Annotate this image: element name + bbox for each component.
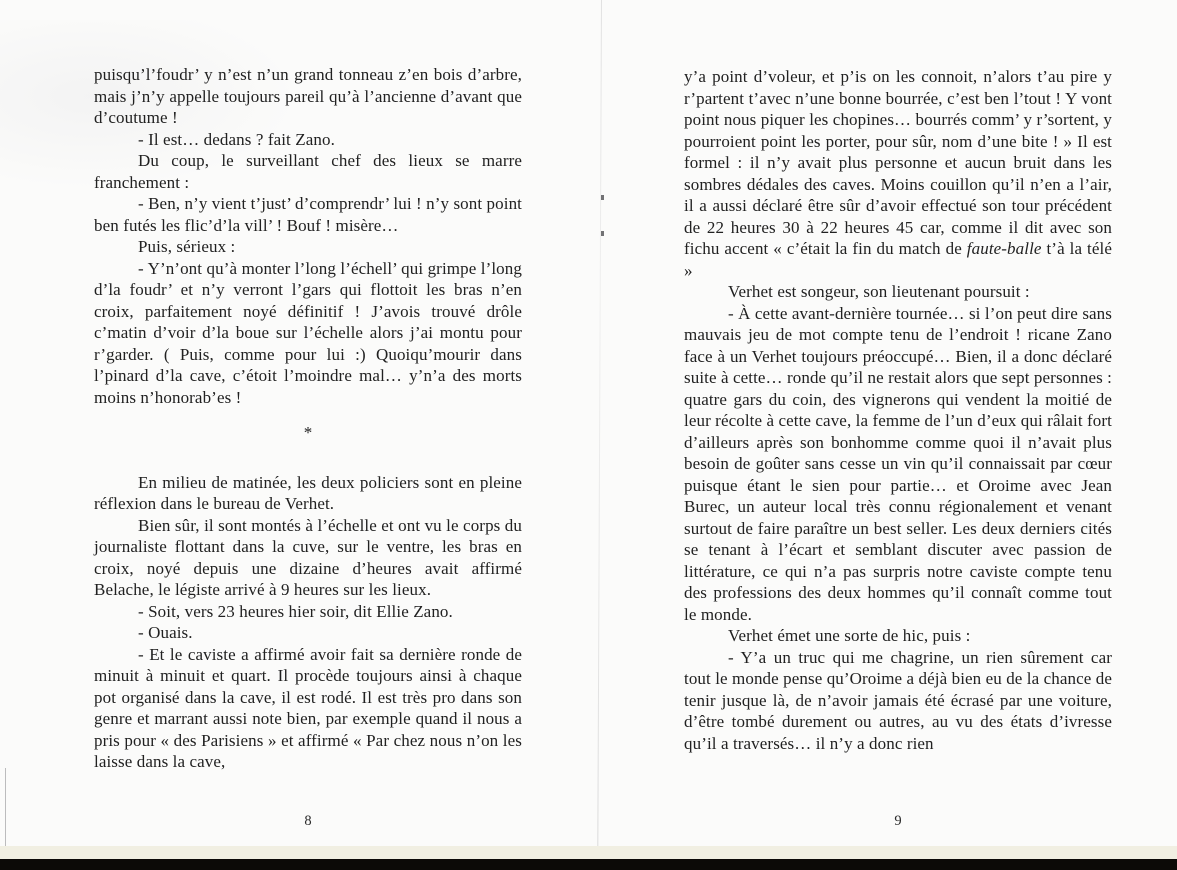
paragraph: - À cette avant-dernière tournée… si l’o…: [684, 303, 1112, 626]
page-left-text: puisqu’l’foudr’ y n’est n’un grand tonne…: [94, 64, 522, 773]
paragraph: Du coup, le surveillant chef des lieux s…: [94, 150, 522, 193]
page-number-left: 8: [94, 813, 522, 830]
gutter-speck: [601, 231, 604, 236]
paragraph: - Soit, vers 23 heures hier soir, dit El…: [94, 601, 522, 623]
paragraph: - Y’n’ont qu’à monter l’long l’échell’ q…: [94, 258, 522, 409]
paragraph: puisqu’l’foudr’ y n’est n’un grand tonne…: [94, 64, 522, 129]
gutter-speck: [601, 195, 604, 200]
page-edge-line: [5, 768, 6, 846]
paragraph: - Ben, n’y vient t’just’ d’comprendr’ lu…: [94, 193, 522, 236]
page-number-right: 9: [684, 813, 1112, 830]
scanned-book-spread: puisqu’l’foudr’ y n’est n’un grand tonne…: [0, 0, 1177, 870]
paragraph: - Il est… dedans ? fait Zano.: [94, 129, 522, 151]
paragraph: Puis, sérieux :: [94, 236, 522, 258]
paragraph: Verhet émet une sorte de hic, puis :: [684, 625, 1112, 647]
paragraph: - Ouais.: [94, 622, 522, 644]
paragraph: - Y’a un truc qui me chagrine, un rien s…: [684, 647, 1112, 755]
section-separator: *: [94, 422, 522, 444]
gutter-shadow: [597, 0, 602, 847]
paragraph: En milieu de matinée, les deux policiers…: [94, 472, 522, 515]
paragraph: Bien sûr, il sont montés à l’échelle et …: [94, 515, 522, 601]
scanner-edge-black: [0, 859, 1177, 870]
paragraph: - Et le caviste a affirmé avoir fait sa …: [94, 644, 522, 773]
paragraph: Verhet est songeur, son lieutenant pours…: [684, 281, 1112, 303]
page-right-text: y’a point d’voleur, et p’is on les conno…: [684, 66, 1112, 754]
paragraph: y’a point d’voleur, et p’is on les conno…: [684, 66, 1112, 281]
